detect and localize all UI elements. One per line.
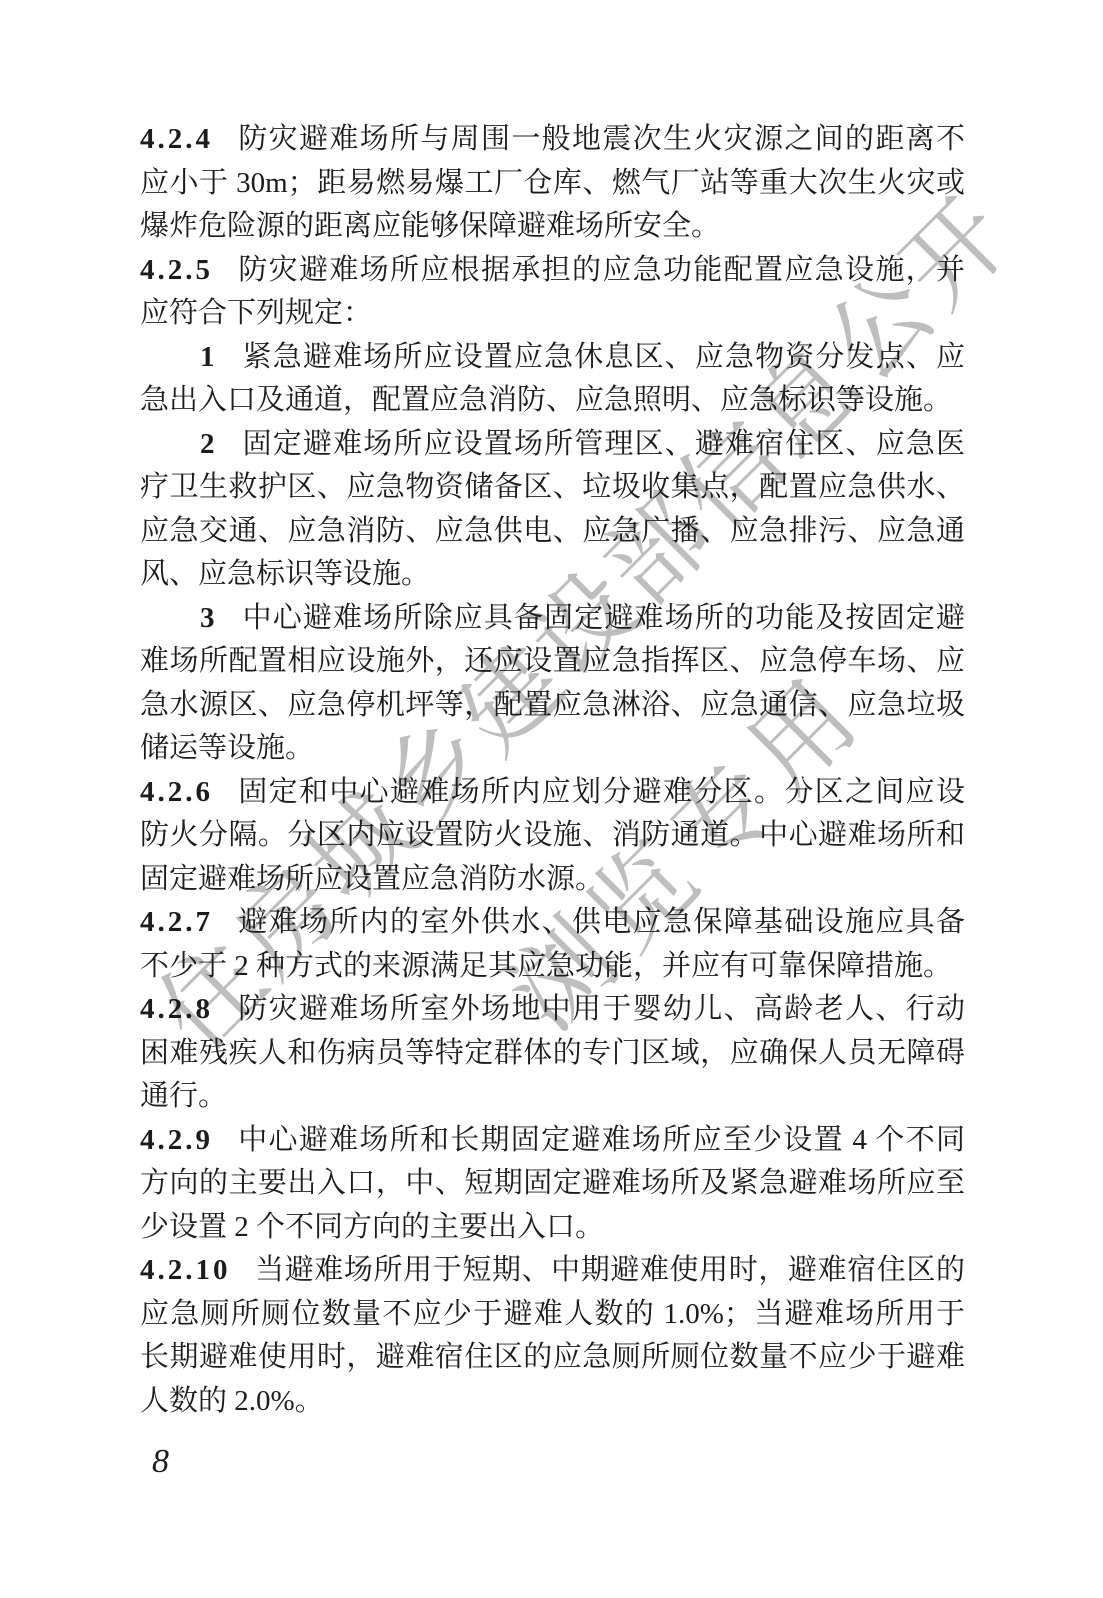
text-line: 1紧急避难场所应设置应急休息区、应急物资分发点、应: [140, 336, 965, 380]
clause-number: 4.2.5: [140, 254, 213, 286]
text-line: 4.2.6固定和中心避难场所内应划分避难分区。分区之间应设: [140, 771, 965, 815]
text-line: 4.2.5防灾避难场所应根据承担的应急功能配置应急设施，并: [140, 249, 965, 293]
text-line: 2固定避难场所应设置场所管理区、避难宿住区、应急医: [140, 423, 965, 467]
clause-number: 3: [200, 602, 218, 634]
clause-number: 4.2.10: [140, 1254, 231, 1286]
text-line: 少设置 2 个不同方向的主要出入口。: [140, 1206, 965, 1250]
text-line: 4.2.10当避难场所用于短期、中期避难使用时，避难宿住区的: [140, 1249, 965, 1293]
text-line: 应符合下列规定：: [140, 292, 965, 336]
clause-number: 4.2.7: [140, 906, 213, 938]
text-line: 通行。: [140, 1075, 965, 1119]
text-line: 方向的主要出入口，中、短期固定避难场所及紧急避难场所应至: [140, 1162, 965, 1206]
text-line: 防火分隔。分区内应设置防火设施、消防通道。中心避难场所和: [140, 814, 965, 858]
text-line: 3中心避难场所除应具备固定避难场所的功能及按固定避: [140, 597, 965, 641]
text-line: 不少于 2 种方式的来源满足其应急功能，并应有可靠保障措施。: [140, 945, 965, 989]
text-line: 4.2.7避难场所内的室外供水、供电应急保障基础设施应具备: [140, 901, 965, 945]
clause-number: 4.2.4: [140, 123, 213, 155]
clause-number: 4.2.9: [140, 1124, 213, 1156]
text-line: 4.2.8防灾避难场所室外场地中用于婴幼儿、高龄老人、行动: [140, 988, 965, 1032]
text-line: 急出入口及通道，配置应急消防、应急照明、应急标识等设施。: [140, 379, 965, 423]
text-line: 难场所配置相应设施外，还应设置应急指挥区、应急停车场、应: [140, 640, 965, 684]
text-line: 4.2.9中心避难场所和长期固定避难场所应至少设置 4 个不同: [140, 1119, 965, 1163]
text-line: 困难残疾人和伤病员等特定群体的专门区域，应确保人员无障碍: [140, 1032, 965, 1076]
text-line: 急水源区、应急停机坪等，配置应急淋浴、应急通信、应急垃圾: [140, 684, 965, 728]
text-line: 长期避难使用时，避难宿住区的应急厕所厕位数量不应少于避难: [140, 1336, 965, 1380]
clause-number: 4.2.8: [140, 993, 213, 1025]
text-line: 储运等设施。: [140, 727, 965, 771]
text-line: 应急交通、应急消防、应急供电、应急广播、应急排污、应急通: [140, 510, 965, 554]
text-line: 爆炸危险源的距离应能够保障避难场所安全。: [140, 205, 965, 249]
text-line: 人数的 2.0%。: [140, 1380, 965, 1424]
text-line: 风、应急标识等设施。: [140, 553, 965, 597]
page-number: 8: [152, 1443, 169, 1481]
text-line: 4.2.4防灾避难场所与周围一般地震次生火灾源之间的距离不: [140, 118, 965, 162]
text-line: 应小于 30m；距易燃易爆工厂仓库、燃气厂站等重大次生火灾或: [140, 162, 965, 206]
clause-number: 1: [200, 341, 218, 373]
text-block: 4.2.4防灾避难场所与周围一般地震次生火灾源之间的距离不应小于 30m；距易燃…: [140, 118, 965, 1423]
text-line: 固定避难场所应设置应急消防水源。: [140, 858, 965, 902]
text-line: 应急厕所厕位数量不应少于避难人数的 1.0%；当避难场所用于: [140, 1293, 965, 1337]
document-page: 住房城乡建设部信息公开 浏览专用 4.2.4防灾避难场所与周围一般地震次生火灾源…: [0, 0, 1103, 1598]
text-line: 疗卫生救护区、应急物资储备区、垃圾收集点，配置应急供水、: [140, 466, 965, 510]
clause-number: 2: [200, 428, 218, 460]
clause-number: 4.2.6: [140, 776, 213, 808]
